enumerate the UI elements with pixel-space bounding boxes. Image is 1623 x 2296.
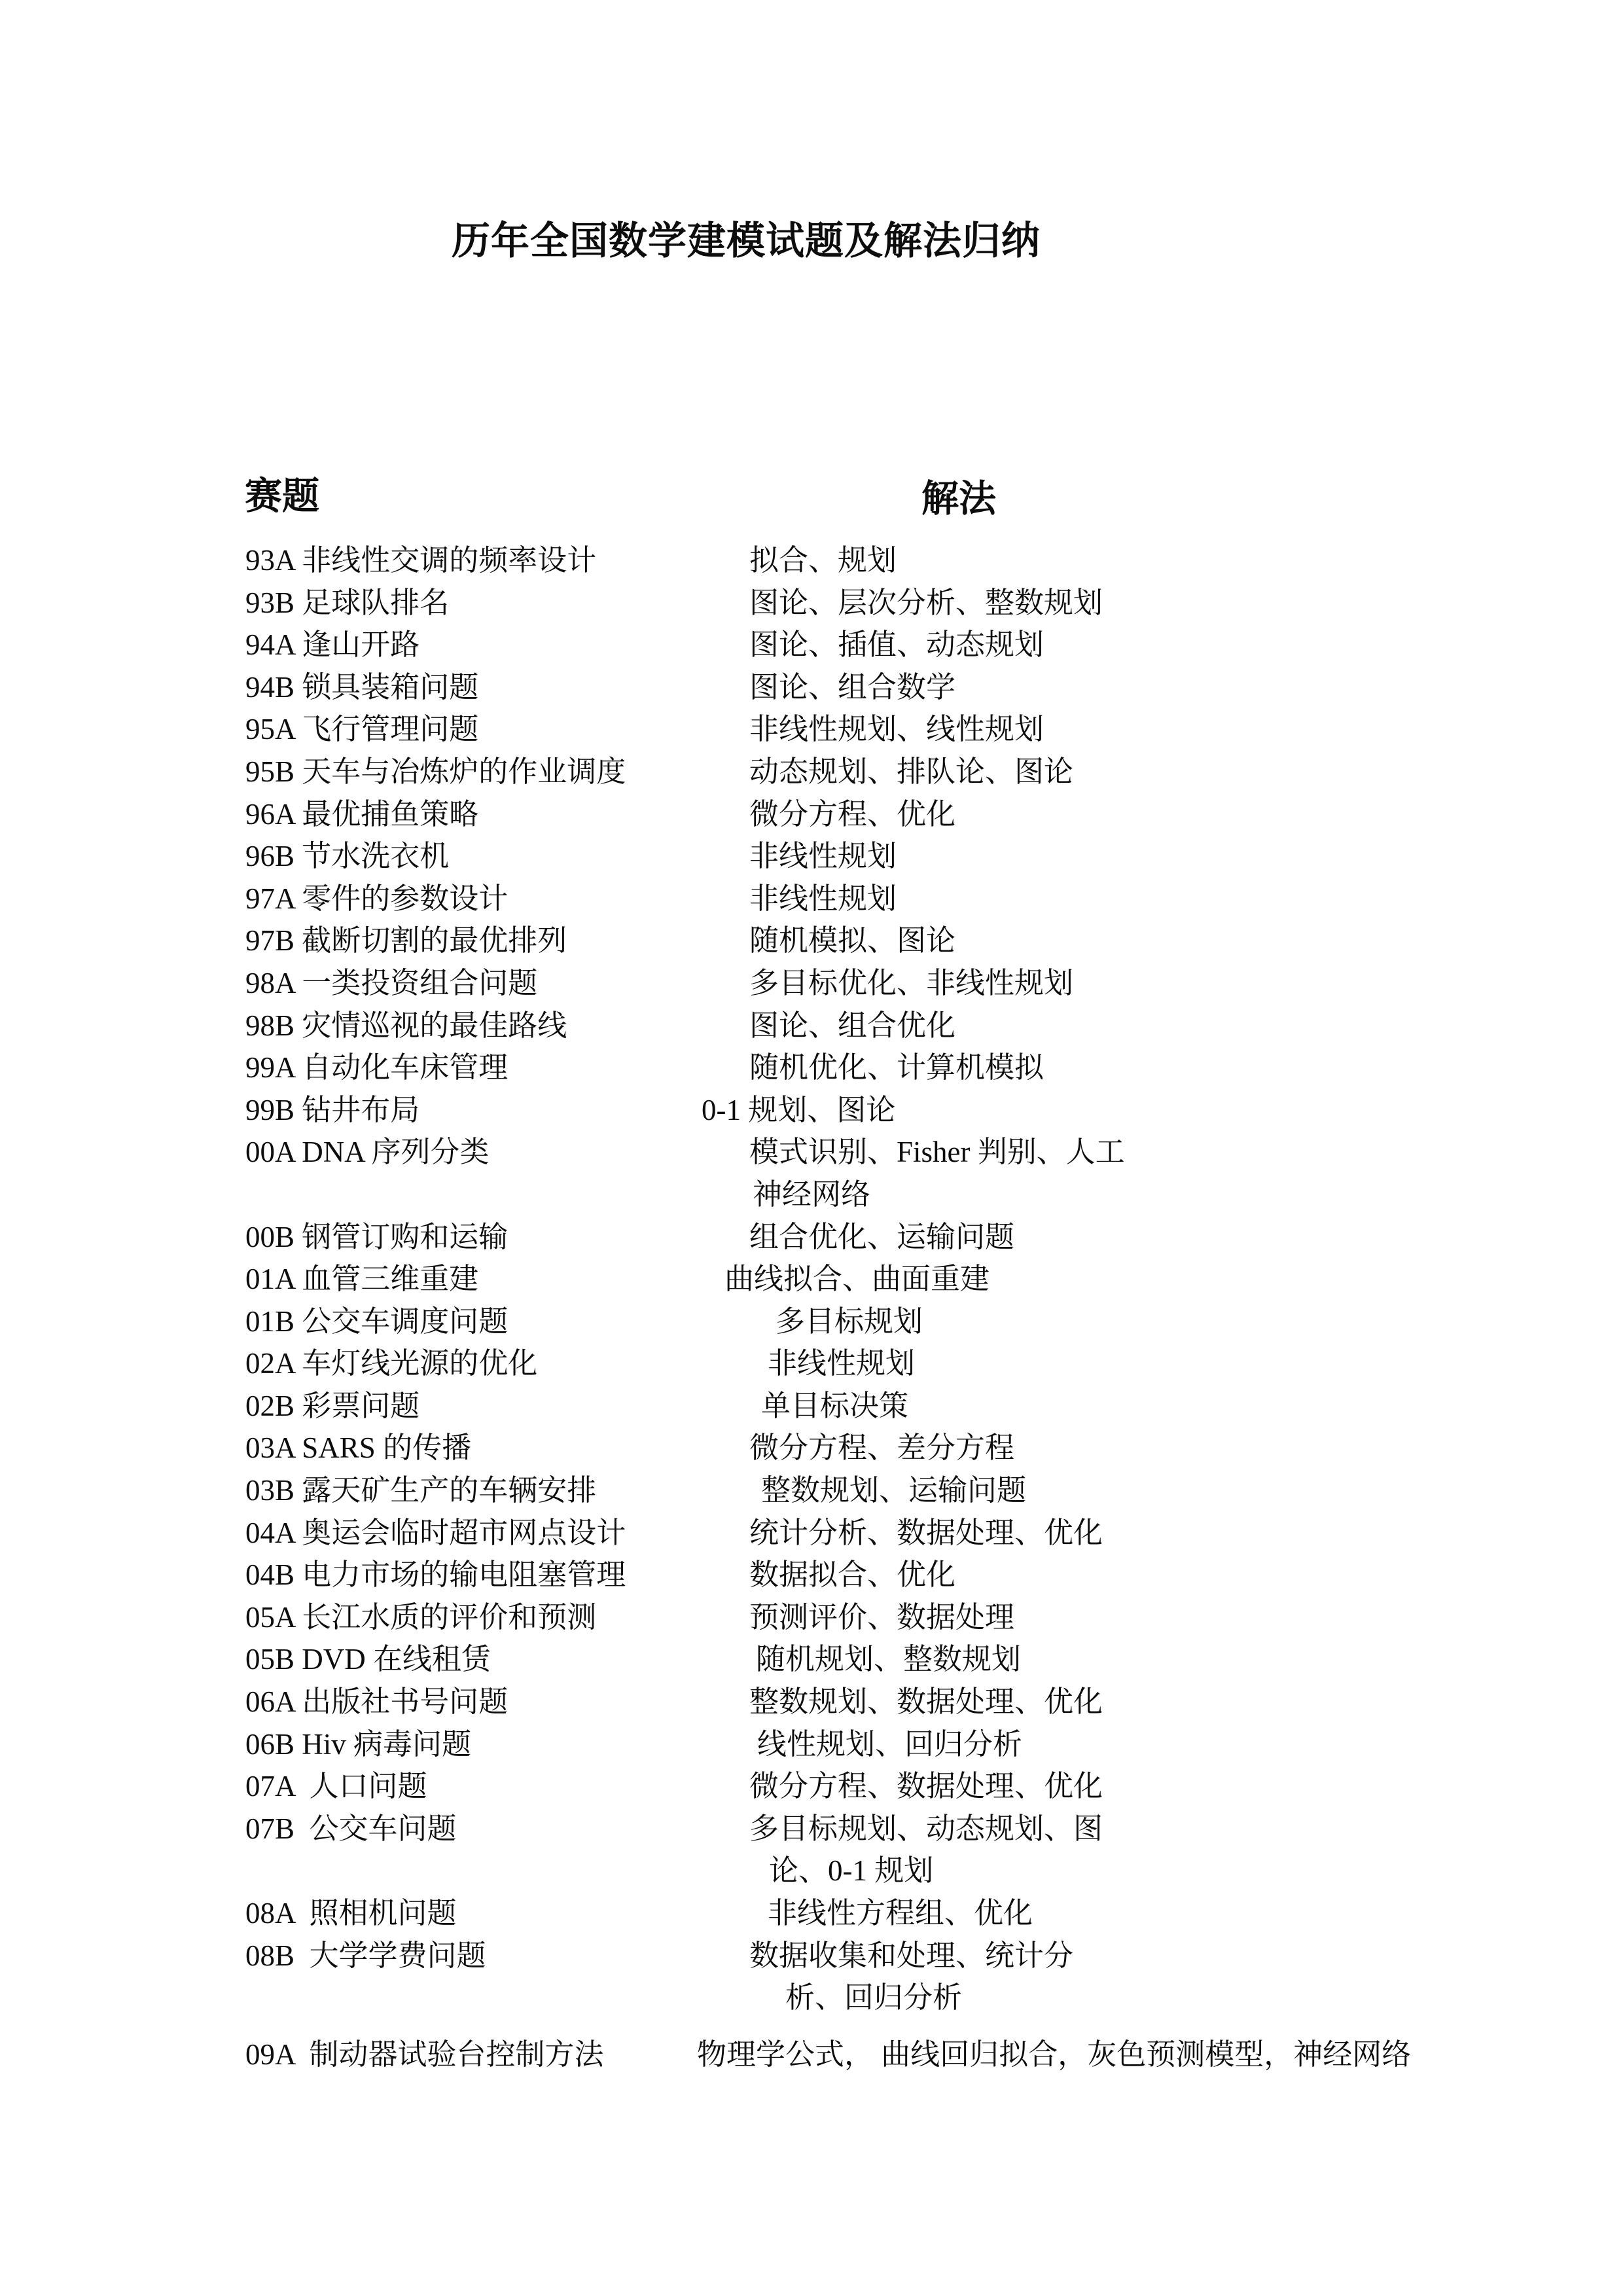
solution-line: 微分方程、优化 <box>749 793 1417 836</box>
table-row: 02A 车灯线光源的优化 非线性规划 <box>245 1342 1417 1385</box>
problem-cell: 95B 天车与冶炼炉的作业调度 <box>245 751 749 793</box>
solution-line: 组合优化、运输问题 <box>749 1216 1417 1259</box>
solution-cell: 预测评价、数据处理 <box>749 1596 1417 1639</box>
solution-cell: 微分方程、数据处理、优化 <box>749 1765 1417 1808</box>
problem-cell: 01B 公交车调度问题 <box>245 1300 749 1343</box>
solution-line: 图论、组合数学 <box>749 666 1417 709</box>
problem-cell: 96B 节水洗衣机 <box>245 835 749 878</box>
solution-line: 多目标规划 <box>776 1300 1417 1343</box>
table-row: 94B 锁具装箱问题 图论、组合数学 <box>245 666 1417 709</box>
solution-line: 神经网络 <box>753 1174 1417 1216</box>
solution-line: 统计分析、数据处理、优化 <box>749 1512 1417 1554</box>
problem-cell: 02B 彩票问题 <box>245 1385 749 1427</box>
problem-cell: 03B 露天矿生产的车辆安排 <box>245 1469 749 1512</box>
problem-cell: 98A 一类投资组合问题 <box>245 962 749 1005</box>
solution-cell: 多目标规划、动态规划、图论、0-1 规划 <box>749 1808 1417 1892</box>
table-row: 95B 天车与冶炼炉的作业调度 动态规划、排队论、图论 <box>245 751 1417 793</box>
table-row: 05A 长江水质的评价和预测 预测评价、数据处理 <box>245 1596 1417 1639</box>
problem-cell: 07A 人口问题 <box>245 1765 749 1808</box>
solution-cell: 整数规划、运输问题 <box>749 1469 1417 1512</box>
table-row: 99A 自动化车床管理 随机优化、计算机模拟 <box>245 1047 1417 1089</box>
solution-line: 图论、插值、动态规划 <box>749 624 1417 666</box>
problem-cell: 97A 零件的参数设计 <box>245 878 749 920</box>
solution-line: 非线性规划、线性规划 <box>749 708 1417 751</box>
solution-line: 非线性规划 <box>749 878 1417 920</box>
solution-cell: 图论、插值、动态规划 <box>749 624 1417 666</box>
solution-line: 单目标决策 <box>761 1385 1417 1427</box>
problems-list: 93A 非线性交调的频率设计 拟合、规划 93B 足球队排名 图论、层次分析、整… <box>245 539 1417 2075</box>
solution-cell: 微分方程、优化 <box>749 793 1417 836</box>
solution-cell: 线性规划、回归分析 <box>749 1723 1417 1766</box>
problem-cell: 00B 钢管订购和运输 <box>245 1216 749 1259</box>
table-row: 93A 非线性交调的频率设计 拟合、规划 <box>245 539 1417 582</box>
solution-line: 非线性规划 <box>749 835 1417 878</box>
solution-line: 图论、层次分析、整数规划 <box>749 582 1417 624</box>
problem-cell: 06A 出版社书号问题 <box>245 1681 749 1723</box>
table-row: 06A 出版社书号问题 整数规划、数据处理、优化 <box>245 1681 1417 1723</box>
solution-cell: 图论、组合数学 <box>749 666 1417 709</box>
problem-cell: 93A 非线性交调的频率设计 <box>245 539 749 582</box>
solution-line: 数据收集和处理、统计分 <box>749 1935 1417 1977</box>
table-row: 00A DNA 序列分类 模式识别、Fisher 判别、人工神经网络 <box>245 1131 1417 1215</box>
table-row: 07B 公交车问题 多目标规划、动态规划、图论、0-1 规划 <box>245 1808 1417 1892</box>
solution-cell: 非线性方程组、优化 <box>749 1892 1417 1935</box>
solution-cell: 多目标规划 <box>749 1300 1417 1343</box>
problem-cell: 93B 足球队排名 <box>245 582 749 624</box>
problem-cell: 01A 血管三维重建 <box>245 1258 749 1300</box>
solution-line: 整数规划、运输问题 <box>761 1469 1417 1512</box>
solution-cell: 非线性规划 <box>749 835 1417 878</box>
problem-cell: 98B 灾情巡视的最佳路线 <box>245 1005 749 1047</box>
table-row: 03A SARS 的传播 微分方程、差分方程 <box>245 1427 1417 1469</box>
table-row: 96A 最优捕鱼策略 微分方程、优化 <box>245 793 1417 836</box>
solution-cell: 整数规划、数据处理、优化 <box>749 1681 1417 1723</box>
solution-line: 多目标规划、动态规划、图 <box>749 1808 1417 1850</box>
table-row: 04B 电力市场的输电阻塞管理 数据拟合、优化 <box>245 1554 1417 1596</box>
table-row: 99B 钻井布局 0-1 规划、图论 <box>245 1089 1417 1132</box>
solution-cell: 多目标优化、非线性规划 <box>749 962 1417 1005</box>
solution-cell: 曲线拟合、曲面重建 <box>749 1258 1417 1300</box>
problem-cell: 04B 电力市场的输电阻塞管理 <box>245 1554 749 1596</box>
table-row: 95A 飞行管理问题 非线性规划、线性规划 <box>245 708 1417 751</box>
problem-cell: 04A 奥运会临时超市网点设计 <box>245 1512 749 1554</box>
table-row: 98A 一类投资组合问题 多目标优化、非线性规划 <box>245 962 1417 1005</box>
solution-line: 预测评价、数据处理 <box>749 1596 1417 1639</box>
solution-cell: 物理学公式， 曲线回归拟合，灰色预测模型，神经网络 <box>749 2034 1417 2076</box>
table-row: 01A 血管三维重建 曲线拟合、曲面重建 <box>245 1258 1417 1300</box>
table-row: 05B DVD 在线租赁 随机规划、整数规划 <box>245 1638 1417 1681</box>
solution-line: 0-1 规划、图论 <box>702 1089 1417 1132</box>
problem-cell: 02A 车灯线光源的优化 <box>245 1342 749 1385</box>
solution-line: 图论、组合优化 <box>749 1005 1417 1047</box>
solution-line: 随机优化、计算机模拟 <box>749 1047 1417 1089</box>
solution-cell: 拟合、规划 <box>749 539 1417 582</box>
problem-cell: 05B DVD 在线租赁 <box>245 1638 749 1681</box>
solution-cell: 0-1 规划、图论 <box>749 1089 1417 1132</box>
table-row: 98B 灾情巡视的最佳路线 图论、组合优化 <box>245 1005 1417 1047</box>
page-title: 历年全国数学建模试题及解法归纳 <box>452 209 1041 265</box>
solution-cell: 图论、组合优化 <box>749 1005 1417 1047</box>
problem-cell: 05A 长江水质的评价和预测 <box>245 1596 749 1639</box>
solution-line: 非线性规划 <box>768 1342 1417 1385</box>
problem-cell: 07B 公交车问题 <box>245 1808 749 1850</box>
solution-line: 论、0-1 规划 <box>769 1850 1417 1892</box>
table-row: 00B 钢管订购和运输 组合优化、运输问题 <box>245 1216 1417 1259</box>
solution-cell: 微分方程、差分方程 <box>749 1427 1417 1469</box>
solution-line: 多目标优化、非线性规划 <box>749 962 1417 1005</box>
solution-line: 随机规划、整数规划 <box>756 1638 1417 1681</box>
solution-cell: 统计分析、数据处理、优化 <box>749 1512 1417 1554</box>
solution-line: 动态规划、排队论、图论 <box>749 751 1417 793</box>
problem-cell: 94B 锁具装箱问题 <box>245 666 749 709</box>
solution-cell: 数据拟合、优化 <box>749 1554 1417 1596</box>
table-row: 08B 大学学费问题 数据收集和处理、统计分析、回归分析 <box>245 1935 1417 2019</box>
table-row: 06B Hiv 病毒问题 线性规划、回归分析 <box>245 1723 1417 1766</box>
solution-line: 线性规划、回归分析 <box>757 1723 1417 1766</box>
table-row: 09A 制动器试验台控制方法 物理学公式， 曲线回归拟合，灰色预测模型，神经网络 <box>245 2034 1417 2076</box>
table-row: 94A 逢山开路 图论、插值、动态规划 <box>245 624 1417 666</box>
problem-cell: 95A 飞行管理问题 <box>245 708 749 751</box>
problem-cell: 06B Hiv 病毒问题 <box>245 1723 749 1766</box>
table-row: 97B 截断切割的最优排列 随机模拟、图论 <box>245 920 1417 962</box>
problem-cell: 99B 钻井布局 <box>245 1089 749 1132</box>
problem-cell: 97B 截断切割的最优排列 <box>245 920 749 962</box>
table-row: 04A 奥运会临时超市网点设计 统计分析、数据处理、优化 <box>245 1512 1417 1554</box>
document-page: 历年全国数学建模试题及解法归纳 赛题 解法 93A 非线性交调的频率设计 拟合、… <box>0 0 1623 2296</box>
table-row: 02B 彩票问题 单目标决策 <box>245 1385 1417 1427</box>
solution-line: 曲线拟合、曲面重建 <box>724 1258 1417 1300</box>
problem-cell: 94A 逢山开路 <box>245 624 749 666</box>
solution-cell: 组合优化、运输问题 <box>749 1216 1417 1259</box>
table-row: 01B 公交车调度问题 多目标规划 <box>245 1300 1417 1343</box>
solution-line: 微分方程、数据处理、优化 <box>749 1765 1417 1808</box>
problem-cell: 99A 自动化车床管理 <box>245 1047 749 1089</box>
solution-cell: 随机模拟、图论 <box>749 920 1417 962</box>
solution-line: 非线性方程组、优化 <box>768 1892 1417 1935</box>
solution-line: 模式识别、Fisher 判别、人工 <box>749 1131 1417 1174</box>
problem-cell: 03A SARS 的传播 <box>245 1427 749 1469</box>
solution-line: 数据拟合、优化 <box>749 1554 1417 1596</box>
column-header-solution: 解法 <box>921 469 996 522</box>
solution-line: 微分方程、差分方程 <box>749 1427 1417 1469</box>
problem-cell: 08A 照相机问题 <box>245 1892 749 1935</box>
solution-cell: 单目标决策 <box>749 1385 1417 1427</box>
problem-cell: 00A DNA 序列分类 <box>245 1131 749 1174</box>
solution-line: 随机模拟、图论 <box>749 920 1417 962</box>
problem-cell: 96A 最优捕鱼策略 <box>245 793 749 836</box>
solution-cell: 动态规划、排队论、图论 <box>749 751 1417 793</box>
solution-cell: 非线性规划 <box>749 1342 1417 1385</box>
solution-cell: 随机优化、计算机模拟 <box>749 1047 1417 1089</box>
table-row: 03B 露天矿生产的车辆安排 整数规划、运输问题 <box>245 1469 1417 1512</box>
solution-cell: 随机规划、整数规划 <box>749 1638 1417 1681</box>
solution-cell: 非线性规划 <box>749 878 1417 920</box>
problem-cell: 08B 大学学费问题 <box>245 1935 749 1977</box>
solution-line: 整数规划、数据处理、优化 <box>749 1681 1417 1723</box>
column-header-problem: 赛题 <box>245 466 319 520</box>
solution-line: 析、回归分析 <box>785 1977 1417 2019</box>
solution-line: 拟合、规划 <box>749 539 1417 582</box>
table-row: 08A 照相机问题 非线性方程组、优化 <box>245 1892 1417 1935</box>
problem-cell: 09A 制动器试验台控制方法 <box>245 2034 749 2076</box>
solution-cell: 图论、层次分析、整数规划 <box>749 582 1417 624</box>
solution-cell: 模式识别、Fisher 判别、人工神经网络 <box>749 1131 1417 1215</box>
table-row: 93B 足球队排名 图论、层次分析、整数规划 <box>245 582 1417 624</box>
solution-cell: 数据收集和处理、统计分析、回归分析 <box>749 1935 1417 2019</box>
table-row: 07A 人口问题 微分方程、数据处理、优化 <box>245 1765 1417 1808</box>
solution-cell: 非线性规划、线性规划 <box>749 708 1417 751</box>
table-row: 97A 零件的参数设计 非线性规划 <box>245 878 1417 920</box>
table-row: 96B 节水洗衣机 非线性规划 <box>245 835 1417 878</box>
solution-line: 物理学公式， 曲线回归拟合，灰色预测模型，神经网络 <box>697 2034 1417 2076</box>
